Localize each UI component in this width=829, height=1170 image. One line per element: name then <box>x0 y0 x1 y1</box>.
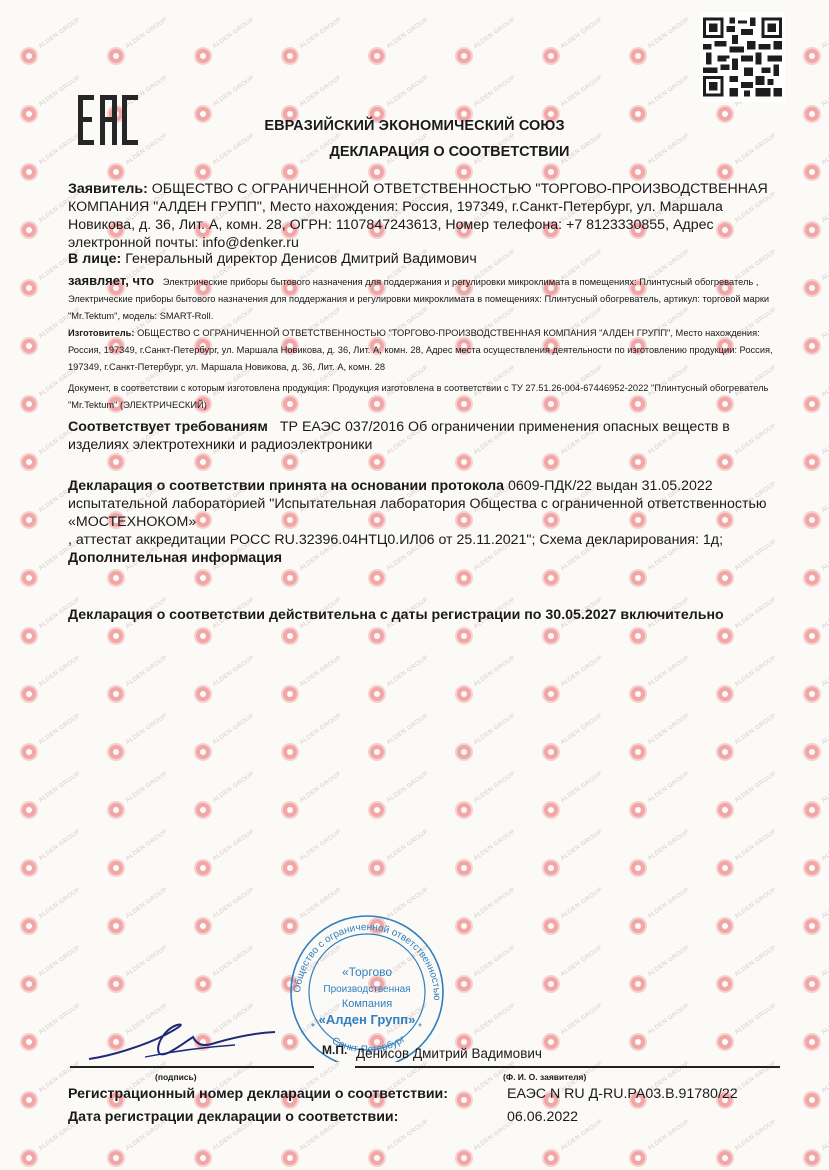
qr-code-icon <box>700 12 785 102</box>
conforms-section: Соответствует требованиям ТР ЕАЭС 037/20… <box>68 418 784 454</box>
declaration-document: ЕВРАЗИЙСКИЙ ЭКОНОМИЧЕСКИЙ СОЮЗ ДЕКЛАРАЦИ… <box>0 0 829 1170</box>
manufacturer-text: ОБЩЕСТВО С ОГРАНИЧЕННОЙ ОТВЕТСТВЕННОСТЬЮ… <box>68 328 773 372</box>
accreditation-text: , аттестат аккредитации РОСС RU.32396.04… <box>68 531 784 549</box>
company-seal-icon: Общество с ограниченной ответственностью… <box>278 912 456 1062</box>
represented-by-section: В лице: Генеральный директор Денисов Дми… <box>68 250 784 268</box>
production-document: Документ, в соответствии с которым изгот… <box>68 380 784 414</box>
validity-statement: Декларация о соответствии действительна … <box>68 606 784 624</box>
signature-caption: (подпись) <box>155 1072 197 1082</box>
registration-date: 06.06.2022 <box>507 1109 578 1125</box>
svg-text:Компания: Компания <box>342 998 392 1010</box>
applicant-text: ОБЩЕСТВО С ОГРАНИЧЕННОЙ ОТВЕТСТВЕННОСТЬЮ… <box>68 181 768 251</box>
seal-place-label: М.П. <box>322 1043 347 1057</box>
svg-text:*: * <box>311 1022 315 1033</box>
document-title: ДЕКЛАРАЦИЯ О СООТВЕТСТВИИ <box>0 144 829 160</box>
signer-name: Денисов Дмитрий Вадимович <box>356 1046 542 1061</box>
signature-line <box>70 1066 314 1068</box>
declares-label: заявляет, что <box>68 273 154 288</box>
conforms-label: Соответствует требованиям <box>68 419 268 435</box>
basis-section: Декларация о соответствии принята на осн… <box>68 477 784 567</box>
additional-info-label: Дополнительная информация <box>68 549 784 567</box>
svg-text:«Торгово: «Торгово <box>342 965 392 979</box>
product-description: Электрические приборы бытового назначени… <box>68 277 769 321</box>
represented-by-text: Генеральный директор Денисов Дмитрий Вад… <box>125 251 477 267</box>
declares-section: заявляет, что Электрические приборы быто… <box>68 272 784 414</box>
union-title: ЕВРАЗИЙСКИЙ ЭКОНОМИЧЕСКИЙ СОЮЗ <box>0 118 829 134</box>
applicant-label: Заявитель: <box>68 181 148 197</box>
registration-number: ЕАЭС N RU Д-RU.РА03.В.91780/22 <box>507 1086 738 1102</box>
svg-text:*: * <box>418 1022 422 1033</box>
applicant-section: Заявитель: ОБЩЕСТВО С ОГРАНИЧЕННОЙ ОТВЕТ… <box>68 180 784 252</box>
manufacturer-label: Изготовитель: <box>68 328 134 338</box>
name-caption: (Ф. И. О. заявителя) <box>503 1072 586 1082</box>
svg-text:«Алден Групп»: «Алден Групп» <box>319 1012 416 1027</box>
signature-icon <box>85 1015 275 1065</box>
basis-label: Декларация о соответствии принята на осн… <box>68 478 504 494</box>
registration-date-label: Дата регистрации декларации о соответств… <box>68 1109 398 1125</box>
name-line <box>355 1066 780 1068</box>
represented-by-label: В лице: <box>68 251 121 267</box>
registration-number-label: Регистрационный номер декларации о соотв… <box>68 1086 448 1102</box>
svg-text:Производственная: Производственная <box>323 984 410 995</box>
